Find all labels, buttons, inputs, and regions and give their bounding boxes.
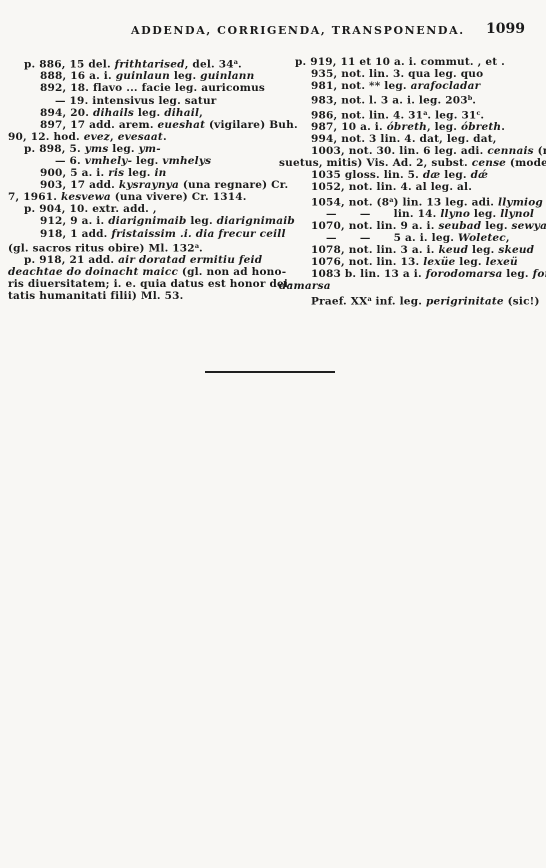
errata-line: 897, 17 add. arem. eueshat (vigilare) Bu… <box>8 119 271 131</box>
errata-line: damarsa <box>279 280 542 292</box>
text: — 19. intensivus leg. satur <box>55 95 217 107</box>
text: leg. <box>455 256 485 268</box>
text: leg. <box>481 220 511 232</box>
italic-text: kesvewa <box>61 191 111 203</box>
text: suetus, mitis) Vis. Ad. 2, subst. <box>279 157 472 169</box>
text: leg. <box>108 143 138 155</box>
italic-text: dihails <box>93 107 134 119</box>
errata-line: p. 904, 10. extr. add. , <box>8 203 271 215</box>
italic-text: cense <box>472 157 506 169</box>
italic-text: arafocladar <box>411 80 481 92</box>
errata-line: p. 918, 21 add. air doratad ermitiu feid <box>8 254 271 266</box>
errata-line: 981, not. ** leg. arafocladar <box>279 80 542 92</box>
errata-line: 903, 17 add. kysraynya (una regnare) Cr. <box>8 179 271 191</box>
text: 900, 5 a. i. <box>40 167 108 179</box>
text: 986, not. lin. 4. 31 <box>311 109 423 121</box>
errata-line: 994, not. 3 lin. 4. dat, leg. dat, <box>279 133 542 145</box>
left-column: p. 886, 15 del. frithtarised, del. 34a.8… <box>8 56 271 307</box>
text: 1078, not. lin. 3 a. i. <box>311 244 438 256</box>
errata-line: 894, 20. dihails leg. dihail, <box>8 107 271 119</box>
errata-line: p. 886, 15 del. frithtarised, del. 34a. <box>8 56 271 70</box>
italic-text: in <box>154 167 166 179</box>
errata-columns: p. 886, 15 del. frithtarised, del. 34a.8… <box>8 56 542 307</box>
errata-line: 90, 12. hod. evez, evesaat. <box>8 131 271 143</box>
text: . <box>480 109 484 121</box>
italic-text: dǽ <box>471 169 489 181</box>
text: (modestia): <box>506 157 546 169</box>
errata-line: Praef. XXa inf. leg. perigrinitate (sic!… <box>279 293 542 307</box>
text: 918, 1 add. <box>40 228 111 240</box>
text: p. 919, 11 et 10 a. i. commut. , et . <box>295 56 505 68</box>
text: leg. <box>440 169 470 181</box>
errata-line: 935, not. lin. 3. qua leg. quo <box>279 68 542 80</box>
errata-line: 1035 gloss. lin. 5. dæ leg. dǽ <box>279 169 542 181</box>
text: tatis humanitati filii) Ml. 53. <box>8 290 184 302</box>
errata-line: 1076, not. lin. 13. lexüe leg. lexeü <box>279 256 542 268</box>
italic-text: foro- <box>533 268 546 280</box>
text: leg. <box>468 244 498 256</box>
text: , <box>506 232 510 244</box>
text: — 6. <box>55 155 85 167</box>
text: 894, 20. <box>40 107 93 119</box>
text: 983, not. l. 3 a. i. leg. 203 <box>311 95 468 107</box>
errata-line: 986, not. lin. 4. 31a. leg. 31c. <box>279 107 542 121</box>
text: leg. <box>186 215 216 227</box>
text: , <box>110 131 118 143</box>
italic-text: skeud <box>498 244 534 256</box>
errata-line: 918, 1 add. fristaissim .i. dia frecur c… <box>8 228 271 240</box>
italic-text: deachtae do doinacht maicc <box>8 266 178 278</box>
italic-text: frithtarised <box>115 58 185 70</box>
right-column: p. 919, 11 et 10 a. i. commut. , et .935… <box>279 56 542 307</box>
text: inf. leg. <box>372 295 426 307</box>
text: p. 886, 15 del. <box>24 58 115 70</box>
text: (gl. non ad hono- <box>178 266 286 278</box>
text: — — lin. 14. <box>326 208 440 220</box>
errata-line: 900, 5 a. i. ris leg. in <box>8 167 271 179</box>
errata-line: 1003, not. 30. lin. 6 leg. adi. cennais … <box>279 145 542 157</box>
italic-text: yms <box>85 143 109 155</box>
text: 987, 10 a. i. <box>311 121 387 133</box>
errata-line: — — lin. 14. llyno leg. llynol <box>279 208 542 220</box>
italic-text: óbreth <box>387 121 427 133</box>
text: 1054, not. (8 <box>311 196 389 208</box>
italic-text: Woletec <box>458 232 506 244</box>
text: 1076, not. lin. 13. <box>311 256 423 268</box>
text: leg. <box>470 208 500 220</box>
text: 935, not. lin. 3. qua leg. quo <box>311 68 483 80</box>
errata-line: deachtae do doinacht maicc (gl. non ad h… <box>8 266 271 278</box>
italic-text: forodomarsa <box>426 268 503 280</box>
text: leg. <box>132 155 162 167</box>
errata-line: 1083 b. lin. 13 a i. forodomarsa leg. fo… <box>279 268 542 280</box>
italic-text: keud <box>438 244 468 256</box>
italic-text: perigrinitate <box>426 295 504 307</box>
italic-text: dæ <box>423 169 441 181</box>
italic-text: cennais <box>487 145 533 157</box>
italic-text: fristaissim .i. dia frecur ceill <box>111 228 285 240</box>
text: 1052, not. lin. 4. al leg. al. <box>311 181 472 193</box>
errata-line: p. 898, 5. yms leg. ym- <box>8 143 271 155</box>
errata-line: — — 5 a. i. leg. Woletec, <box>279 232 542 244</box>
italic-text: damarsa <box>279 280 331 292</box>
italic-text: vmhely- <box>85 155 132 167</box>
errata-line: 1054, not. (8a) lin. 13 leg. adi. llymio… <box>279 194 542 208</box>
text: . leg. 31 <box>427 109 476 121</box>
text: 1070, not. lin. 9 a. i. <box>311 220 438 232</box>
italic-text: llyno <box>440 208 470 220</box>
errata-line: (gl. sacros ritus obire) Ml. 132a. <box>8 240 271 254</box>
text: 981, not. ** leg. <box>311 80 411 92</box>
text: 90, 12. hod. <box>8 131 84 143</box>
italic-text: evesaat <box>118 131 163 143</box>
text: leg. <box>124 167 154 179</box>
italic-text: lexüe <box>423 256 455 268</box>
text: . <box>163 131 167 143</box>
italic-text: llynol <box>500 208 534 220</box>
errata-line: — 19. intensivus leg. satur <box>8 95 271 107</box>
text: . <box>472 95 476 107</box>
italic-text: llymiog <box>498 196 543 208</box>
text: . <box>238 58 242 70</box>
text: 1035 gloss. lin. 5. <box>311 169 423 181</box>
italic-text: sewyad <box>512 220 546 232</box>
italic-text: eueshat <box>158 119 206 131</box>
text: (una regnare) Cr. <box>179 179 288 191</box>
text: 994, not. 3 lin. 4. dat, leg. dat, <box>311 133 497 145</box>
text: 888, 16 a. i. <box>40 70 116 82</box>
text: (man- <box>534 145 546 157</box>
text: , leg. <box>427 121 461 133</box>
text: p. 918, 21 add. <box>24 254 118 266</box>
italic-text: dihail <box>164 107 199 119</box>
text: (sic!) <box>504 295 540 307</box>
italic-text: evez <box>84 131 110 143</box>
text: — — 5 a. i. leg. <box>326 232 458 244</box>
text: (gl. sacros ritus obire) Ml. 132 <box>8 242 195 254</box>
text: 1083 b. lin. 13 a i. <box>311 268 426 280</box>
errata-line: 987, 10 a. i. óbreth, leg. óbreth. <box>279 121 542 133</box>
section-divider <box>205 371 335 373</box>
text: Praef. XX <box>311 295 367 307</box>
errata-line: 1052, not. lin. 4. al leg. al. <box>279 181 542 193</box>
text: . <box>501 121 505 133</box>
text: (una vivere) Cr. 1314. <box>111 191 247 203</box>
errata-line: 7, 1961. kesvewa (una vivere) Cr. 1314. <box>8 191 271 203</box>
italic-text: diarignimaib <box>108 215 186 227</box>
text: , <box>199 107 203 119</box>
errata-line: 912, 9 a. i. diarignimaib leg. diarignim… <box>8 215 271 227</box>
italic-text: ris <box>108 167 124 179</box>
scanned-book-page: ADDENDA, CORRIGENDA, TRANSPONENDA. 1099 … <box>0 0 546 868</box>
errata-line: 892, 18. flavo ... facie leg. auricomus <box>8 82 271 94</box>
text: 897, 17 add. arem. <box>40 119 158 131</box>
errata-line: suetus, mitis) Vis. Ad. 2, subst. cense … <box>279 157 542 169</box>
page-title: ADDENDA, CORRIGENDA, TRANSPONENDA. <box>131 24 465 37</box>
italic-text: vmhelys <box>162 155 211 167</box>
italic-text: kysraynya <box>119 179 179 191</box>
text: . <box>199 242 203 254</box>
text: 1003, not. 30. lin. 6 leg. adi. <box>311 145 487 157</box>
italic-text: ym- <box>139 143 161 155</box>
errata-line: 1078, not. lin. 3 a. i. keud leg. skeud <box>279 244 542 256</box>
text: p. 898, 5. <box>24 143 85 155</box>
page-number: 1099 <box>486 21 525 37</box>
text: ) lin. 13 leg. adi. <box>393 196 498 208</box>
text: leg. <box>170 70 200 82</box>
errata-line: tatis humanitati filii) Ml. 53. <box>8 290 271 302</box>
text: 912, 9 a. i. <box>40 215 108 227</box>
text: 892, 18. flavo ... facie leg. auricomus <box>40 82 265 94</box>
italic-text: lexeü <box>486 256 518 268</box>
text: ris diuersitatem; i. e. quia datus est h… <box>8 278 293 290</box>
italic-text: guinlann <box>200 70 254 82</box>
italic-text: óbreth <box>461 121 501 133</box>
italic-text: air doratad ermitiu feid <box>118 254 262 266</box>
text: leg. <box>134 107 164 119</box>
text: p. 904, 10. extr. add. , <box>24 203 157 215</box>
text: , del. 34 <box>185 58 234 70</box>
italic-text: guinlaun <box>116 70 170 82</box>
text: 7, 1961. <box>8 191 61 203</box>
errata-line: ris diuersitatem; i. e. quia datus est h… <box>8 278 271 290</box>
errata-line: 888, 16 a. i. guinlaun leg. guinlann <box>8 70 271 82</box>
text: leg. <box>502 268 532 280</box>
errata-line: — 6. vmhely- leg. vmhelys <box>8 155 271 167</box>
italic-text: seubad <box>438 220 481 232</box>
errata-line: p. 919, 11 et 10 a. i. commut. , et . <box>279 56 542 68</box>
errata-line: 983, not. l. 3 a. i. leg. 203b. <box>279 92 542 106</box>
text: 903, 17 add. <box>40 179 119 191</box>
errata-line: 1070, not. lin. 9 a. i. seubad leg. sewy… <box>279 220 542 232</box>
